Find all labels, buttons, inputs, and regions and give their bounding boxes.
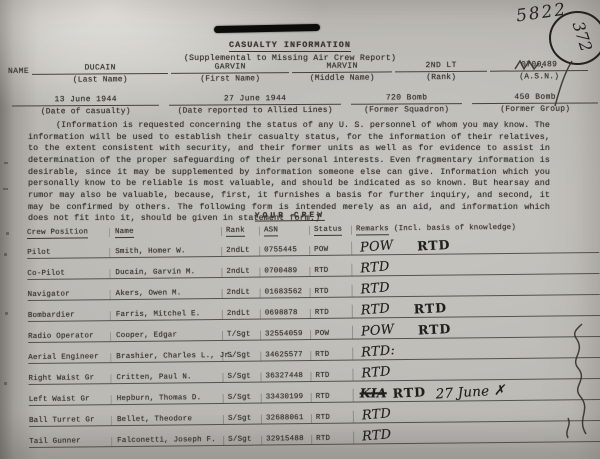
field-middle-name: MARVIN (Middle Name) xyxy=(292,61,392,83)
date-of-casualty-value: 13 June 1944 xyxy=(12,95,160,107)
middle-name-caption: (Middle Name) xyxy=(292,73,392,83)
crew-name: Falconetti, Joseph F. xyxy=(111,436,223,446)
crew-status: POW xyxy=(309,246,351,255)
crew-asn: 34625577 xyxy=(260,351,310,361)
field-rank: 2ND LT (Rank) xyxy=(395,61,487,83)
crew-asn: 0755445 xyxy=(259,246,309,256)
field-asn: 0700489 (A.S.N.) xyxy=(490,60,588,82)
handwritten-print: RTD xyxy=(417,240,451,252)
date-reported-value: 27 June 1944 xyxy=(169,94,340,106)
crew-position: Co-Pilot xyxy=(27,269,109,279)
crew-name: Brashier, Charles L., Jr. xyxy=(110,352,222,362)
col-status: Status xyxy=(309,226,351,235)
details-row: 13 June 1944 (Date of casualty) 27 June … xyxy=(12,92,598,116)
crew-rank: S/Sgt xyxy=(223,415,261,424)
crew-position: Aerial Engineer xyxy=(28,353,110,363)
rank-caption: (Rank) xyxy=(395,73,487,83)
crew-rank: 2ndLt xyxy=(222,310,260,319)
handwritten-script: RTD xyxy=(360,283,390,295)
scanned-casualty-form: 5822 372 CASUALTY INFORMATION (Supplemen… xyxy=(0,0,600,459)
handwritten-print: RTD xyxy=(418,324,452,336)
crew-position: Navigator xyxy=(28,290,110,300)
handwritten-script: RTD xyxy=(361,367,391,379)
crew-name: Cooper, Edgar xyxy=(110,331,222,341)
crew-rank: 2ndLt xyxy=(222,289,260,298)
crew-name: Hepburn, Thomas D. xyxy=(111,394,223,404)
handwritten-script: RTD xyxy=(362,409,392,421)
handwritten-script: POW xyxy=(361,325,395,338)
field-former-group: 450 Bomb (Former Group) xyxy=(472,92,598,114)
crew-name: Bellet, Theodore xyxy=(111,415,223,425)
handwritten-script: RTD xyxy=(360,262,390,274)
crew-position: Bombardier xyxy=(28,311,110,321)
crew-status: POW xyxy=(310,330,352,339)
field-last-name: DUCAIN (Last Name) xyxy=(32,63,168,85)
field-date-reported: 27 June 1944 (Date reported to Allied Li… xyxy=(169,94,340,116)
crew-asn: 36327448 xyxy=(260,372,310,382)
margin-mark xyxy=(6,232,9,235)
title-block: CASUALTY INFORMATION (Supplemental to Mi… xyxy=(150,34,430,63)
col-name: Name xyxy=(109,227,221,237)
crew-name: Smith, Homer W. xyxy=(109,247,221,257)
col-rank: Rank xyxy=(221,227,259,236)
former-group-value: 450 Bomb xyxy=(472,92,598,104)
crew-position: Right Waist Gr xyxy=(28,374,110,384)
crew-name: Ducain, Garvin M. xyxy=(109,268,221,278)
margin-mark xyxy=(5,312,8,315)
crew-position: Radio Operator xyxy=(28,332,110,342)
stamp-number: 372 xyxy=(569,19,597,54)
crew-asn: 32554059 xyxy=(260,330,310,340)
col-asn: ASN xyxy=(259,226,309,236)
crew-status: RTD xyxy=(309,267,351,276)
field-date-of-casualty: 13 June 1944 (Date of casualty) xyxy=(12,95,160,117)
last-name-value: DUCAIN xyxy=(32,63,168,75)
asn-value: 0700489 xyxy=(490,60,588,72)
first-name-value: GARVIN xyxy=(171,62,289,74)
last-name-caption: (Last Name) xyxy=(32,75,168,85)
rank-value: 2ND LT xyxy=(395,61,487,73)
document-title: CASUALTY INFORMATION xyxy=(229,40,351,52)
crew-status: RTD xyxy=(310,372,352,381)
circled-stamp: 372 xyxy=(549,11,600,65)
identity-row: NAME DUCAIN (Last Name) GARVIN (First Na… xyxy=(8,60,598,85)
crew-rank: S/Sgt xyxy=(222,373,260,382)
col-crew-position: Crew Position xyxy=(27,228,109,238)
date-reported-caption: (Date reported to Allied Lines) xyxy=(169,106,340,116)
margin-mark xyxy=(3,188,8,190)
former-group-caption: (Former Group) xyxy=(472,104,598,114)
crew-status: RTD xyxy=(310,309,352,318)
name-label: NAME xyxy=(8,67,29,85)
field-former-squadron: 720 Bomb (Former Squadron) xyxy=(351,93,463,115)
crew-asn: 32688061 xyxy=(261,414,311,424)
crew-name: Farris, Mitchel E. xyxy=(110,310,222,320)
crew-table: YOUR CREW Crew Position Name Rank ASN St… xyxy=(27,208,600,448)
crew-status: RTD xyxy=(311,414,353,423)
crew-asn: 0698878 xyxy=(260,309,310,319)
crew-asn: 01683562 xyxy=(260,288,310,298)
handwritten-signature-scribble xyxy=(538,322,598,442)
crew-position: Pilot xyxy=(27,248,109,258)
former-squadron-value: 720 Bomb xyxy=(351,93,463,105)
crew-rank: S/Sgt xyxy=(223,436,261,445)
middle-name-value: MARVIN xyxy=(292,61,392,73)
crew-name: Akers, Owen M. xyxy=(110,289,222,299)
date-of-casualty-caption: (Date of casualty) xyxy=(12,107,160,117)
crew-rank: S/Sgt xyxy=(222,352,260,361)
handwritten-print: RTD xyxy=(414,303,448,315)
crew-status: RTD xyxy=(310,351,352,360)
crew-asn: 0700489 xyxy=(259,267,309,277)
your-crew-header: YOUR CREW xyxy=(255,211,325,222)
crew-asn: 33430199 xyxy=(261,393,311,403)
first-name-caption: (First Name) xyxy=(171,74,289,84)
handwritten-extra: 27 June ✗ xyxy=(436,385,506,399)
handwritten-script: RTD xyxy=(362,430,392,442)
margin-mark xyxy=(4,382,7,385)
crew-rank: 2ndLt xyxy=(221,268,259,277)
crew-name: Critten, Paul N. xyxy=(110,373,222,383)
margin-mark xyxy=(4,162,8,164)
crew-rank: S/Sgt xyxy=(223,394,261,403)
handwritten-print: RTD xyxy=(392,387,426,399)
crew-remarks: RTDRTD xyxy=(352,302,600,318)
handwritten-script: RTD xyxy=(360,304,390,316)
crew-status: RTD xyxy=(310,288,352,297)
crew-status: RTD xyxy=(311,435,353,444)
crew-asn: 32915488 xyxy=(261,435,311,445)
crew-status: RTD xyxy=(311,393,353,402)
former-squadron-caption: (Former Squadron) xyxy=(351,105,463,115)
field-first-name: GARVIN (First Name) xyxy=(171,62,289,84)
crew-rank: T/Sgt xyxy=(222,331,260,340)
crew-rank: 2ndLt xyxy=(221,247,259,256)
crew-position: Left Waist Gr xyxy=(29,395,111,405)
handwritten-script: POW xyxy=(360,241,394,254)
handwritten-struck: KIA xyxy=(360,388,387,398)
redaction-bar xyxy=(214,24,320,33)
handwritten-script: RTD: xyxy=(361,346,396,359)
crew-position: Ball Turret Gr xyxy=(29,416,111,426)
crew-remarks: POWRTD xyxy=(351,239,599,255)
crew-position: Tail Gunner xyxy=(29,437,111,447)
margin-mark xyxy=(4,253,7,256)
asn-caption: (A.S.N.) xyxy=(490,72,588,82)
